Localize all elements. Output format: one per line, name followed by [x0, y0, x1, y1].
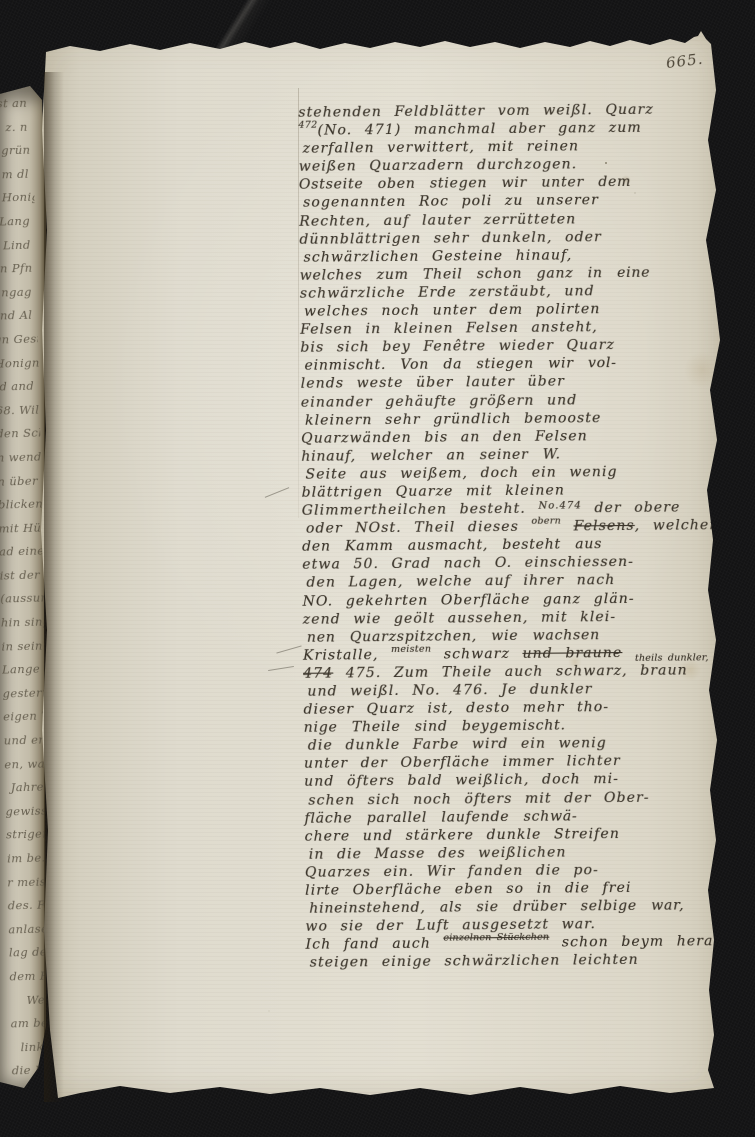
- facing-page-line-fragment: gn Gest: [0, 327, 38, 352]
- manuscript-annotation: No.474: [538, 500, 582, 511]
- manuscript-text-segment: weißen Quarzadern durchzogen.: [299, 157, 578, 175]
- facing-page-line-fragment: ist der: [0, 563, 44, 588]
- manuscript-text-segment: chere und stärkere dunkle Streifen: [304, 826, 619, 845]
- manuscript-text-segment: Quarzwänden bis an den Felsen: [301, 428, 588, 447]
- manuscript-text-segment: NO. gekehrten Oberfläche ganz glän-: [302, 590, 634, 609]
- manuscript-text-segment: , welcher: [635, 517, 718, 534]
- manuscript-annotation: einzelnen Stückchen: [443, 932, 549, 944]
- manuscript-annotation: 472: [298, 120, 317, 131]
- facing-page-line-fragment: den Sch: [0, 422, 41, 447]
- manuscript-text-segment: den Lagen, welche auf ihrer nach: [306, 572, 615, 591]
- manuscript-text-segment: schon beym heraus-: [549, 933, 738, 951]
- facing-page-line-fragment: nn Pfn: [0, 257, 36, 282]
- facing-page-line-fragment: nd Al: [0, 304, 38, 329]
- manuscript-text-segment: einmischt. Von da stiegen wir vol-: [304, 355, 616, 374]
- book-gutter-shadow: [44, 72, 64, 1102]
- manuscript-text-segment: dünnblättrigen sehr dunkeln, oder: [299, 229, 602, 248]
- manuscript-text-segment: blättrigen Quarze mit kleinen: [301, 482, 564, 500]
- facing-page-line-fragment: st an: [0, 92, 32, 117]
- manuscript-text-segment: schen sich noch öfters mit der Ober-: [308, 789, 649, 808]
- manuscript-text-segment: schwarz: [431, 646, 522, 663]
- facing-page-line-fragment: eigen Th: [3, 705, 48, 730]
- manuscript-text-segment: Quarzes ein. Wir fanden die po-: [305, 862, 599, 881]
- manuscript-text-segment: [561, 519, 574, 535]
- facing-page-line-fragment: en, war: [4, 752, 49, 777]
- facing-page-line-fragment: gestern Gl: [2, 681, 47, 706]
- facing-page-line-fragment: ad einen: [0, 540, 43, 565]
- manuscript-text-segment: Ostseite oben stiegen wir unter dem: [299, 174, 631, 193]
- manuscript-text-segment: fläche parallel laufende schwä-: [304, 808, 577, 826]
- manuscript-text-segment: Seite aus weißem, doch ein wenig: [305, 464, 617, 483]
- facing-page-line-fragment: z. n: [0, 115, 33, 140]
- manuscript-text-segment: zerfallen verwittert, mit reinen: [302, 139, 579, 157]
- scan-background: { "scan": { "page_number": "665.", "ink_…: [0, 0, 755, 1137]
- manuscript-text-segment: steigen einige schwärzlichen leichten: [310, 952, 639, 971]
- margin-dash-mark: [268, 666, 294, 671]
- manuscript-text-segment: oder NOst. Theil dieses: [306, 519, 532, 537]
- facing-page-line-fragment: n wende: [0, 445, 41, 470]
- manuscript-text-segment: in die Masse des weißlichen: [309, 844, 567, 862]
- facing-page-line-fragment: o Honig: [0, 186, 35, 211]
- manuscript-text-segment: dieser Quarz ist, desto mehr tho-: [303, 699, 609, 718]
- facing-page-line-fragment: m dl: [0, 162, 34, 187]
- manuscript-text-segment: Kristalle,: [303, 647, 391, 664]
- facing-page-line-fragment: blickende: [0, 493, 42, 518]
- manuscript-text-segment: Felsen in kleinen Felsen ansteht,: [300, 319, 598, 338]
- manuscript-annotation: obern: [531, 516, 561, 527]
- manuscript-annotation: und braune: [522, 645, 622, 662]
- facing-page-line-fragment: (aussure): [0, 587, 45, 612]
- manuscript-text-segment: und öfters bald weißlich, doch mi-: [304, 772, 619, 791]
- manuscript-text-segment: stehenden Feldblätter vom weißl. Quarz: [298, 102, 654, 121]
- margin-dash-mark: [265, 487, 289, 498]
- manuscript-text-segment: der obere: [582, 500, 681, 517]
- manuscript-text-segment: kleinern sehr gründlich bemooste: [305, 410, 602, 429]
- facing-page-line-fragment: Lind: [0, 233, 36, 258]
- manuscript-line: steigen einige schwärzlichen leichten: [306, 951, 716, 973]
- manuscript-annotation: meisten: [391, 643, 431, 654]
- manuscript-text-segment: etwa 50. Grad nach O. einschiessen-: [302, 554, 634, 573]
- manuscript-text-segment: bis sich bey Fenêtre wieder Quarz: [300, 337, 615, 356]
- margin-dash-mark: [276, 645, 301, 653]
- manuscript-text-segment: hinauf, welcher an seiner W.: [301, 446, 561, 464]
- manuscript-text-segment: Glimmertheilchen besteht.: [302, 501, 539, 519]
- manuscript-text-segment: welches noch unter dem polirten: [304, 301, 601, 320]
- facing-page-line-fragment: d grün: [0, 139, 34, 164]
- facing-page-line-fragment: ngag: [0, 280, 37, 305]
- facing-page-line-fragment: hin sing: [1, 611, 46, 636]
- manuscript-text-segment: nige Theile sind beygemischt.: [304, 718, 566, 736]
- manuscript-text-segment: den Kamm ausmacht, besteht aus: [302, 536, 602, 555]
- manuscript-page: 665. stehenden Feldblätter vom weißl. Qu…: [30, 30, 730, 1105]
- manuscript-annotation: Felsens: [573, 518, 634, 535]
- manuscript-text-segment: (No. 471) manchmal aber ganz zum: [317, 120, 641, 139]
- manuscript-text-segment: 475. Zum Theile auch schwarz, braun: [333, 662, 688, 681]
- manuscript-text-segment: unter der Oberfläche immer lichter: [304, 753, 621, 772]
- manuscript-text-segment: welches zum Theil schon ganz in eine: [300, 265, 651, 284]
- facing-page-line-fragment: und er: [3, 728, 48, 753]
- manuscript-text-segment: Rechten, auf lauter zerrütteten: [299, 211, 576, 229]
- manuscript-text-segment: Ich fand auch: [305, 936, 443, 953]
- facing-page-line-fragment: Jahre: [5, 776, 50, 801]
- facing-page-line-fragment: Lange nd: [2, 658, 47, 683]
- manuscript-text-segment: lirte Oberfläche eben so in die frei: [305, 880, 632, 899]
- manuscript-text-segment: die dunkle Farbe wird ein wenig: [308, 735, 607, 754]
- manuscript-text-segment: hineinstehend, als sie drüber selbige wa…: [309, 898, 684, 917]
- page-number: 665.: [665, 50, 704, 72]
- manuscript-text-segment: lends weste über lauter über: [301, 374, 565, 392]
- facing-page-line-fragment: Honign: [0, 351, 39, 376]
- facing-page-sliver: st anz. nd grünm dlo HonigLangLindnn Pfn…: [0, 86, 48, 1096]
- facing-page-line-fragment: Lang: [0, 210, 35, 235]
- manuscript-text-segment: nen Quarzspitzchen, wie wachsen: [307, 627, 600, 646]
- manuscript-annotation: 474: [303, 665, 333, 681]
- facing-page-line-fragment: n über: [0, 469, 42, 494]
- manuscript-text-segment: sogenannten Roc poli zu unserer: [303, 193, 599, 212]
- manuscript-text-segment: schwärzliche Erde zerstäubt, und: [300, 283, 595, 302]
- manuscript-text-segment: einander gehäufte größern und: [301, 392, 578, 410]
- facing-page-line-fragment: d and: [0, 375, 39, 400]
- manuscript-text-segment: zend wie geölt aussehen, mit klei-: [303, 609, 617, 628]
- paper-specks: [30, 30, 32, 32]
- facing-page-line-fragment: in sein.: [1, 634, 46, 659]
- manuscript-text: stehenden Feldblätter vom weißl. Quarz47…: [298, 100, 716, 984]
- manuscript-text-segment: [622, 645, 635, 661]
- manuscript-text-segment: und weißl. No. 476. Je dunkler: [307, 681, 592, 699]
- manuscript-text-segment: schwärzlichen Gesteine hinauf,: [303, 247, 572, 265]
- facing-page-line-fragment: mit Hü.: [0, 516, 43, 541]
- facing-page-line-fragment: 68. Wil: [0, 398, 40, 423]
